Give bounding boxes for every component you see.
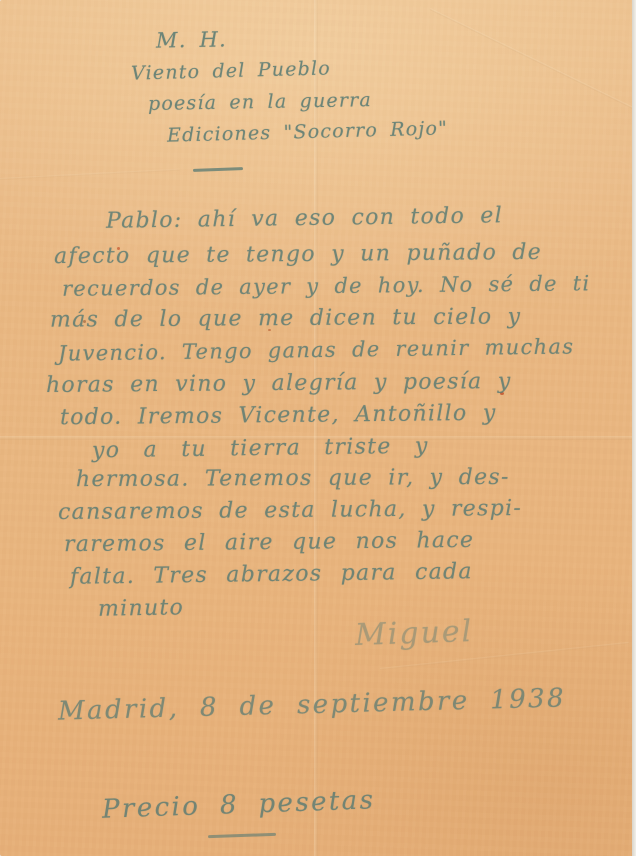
header-title: Viento del Pueblo (131, 57, 331, 84)
body-line: Pablo: ahí va eso con todo el (106, 203, 503, 234)
header-edition: Ediciones "Socorro Rojo" (167, 117, 449, 146)
body-line: falta. Tres abrazos para cada (70, 559, 473, 590)
body-line: más de lo que me dicen tu cielo y (50, 304, 522, 332)
body-line: minuto (98, 595, 185, 621)
letter-photo: M. H. Viento del Pueblo poesía en la gue… (0, 0, 636, 856)
body-line: Juvencio. Tengo ganas de reunir muchas (58, 334, 575, 365)
signature: Miguel (354, 614, 473, 653)
body-line: hermosa. Tenemos que ir, y des- (76, 465, 510, 492)
body-line: yo a tu tierra triste y (92, 434, 429, 464)
backdrop-edge (632, 0, 636, 856)
body-line: afecto que te tengo y un puñado de (54, 240, 542, 269)
body-line: raremos el aire que nos hace (64, 528, 475, 557)
dateline: Madrid, 8 de septiembre 1938 (58, 683, 567, 726)
crease-left (0, 169, 180, 180)
header-separator-dash (193, 167, 243, 172)
body-line: recuerdos de ayer y de hoy. No sé de ti (62, 271, 591, 301)
price-underline (208, 833, 276, 838)
body-line: cansaremos de esta lucha, y respi- (58, 496, 522, 525)
body-line: todo. Iremos Vicente, Antoñillo y (60, 401, 497, 431)
header-subtitle: poesía en la guerra (148, 89, 372, 115)
header-initials: M. H. (156, 27, 227, 52)
diagonal-crease-top-right (430, 8, 636, 111)
paper-sheet: M. H. Viento del Pueblo poesía en la gue… (0, 0, 632, 856)
price-note: Precio 8 pesetas (102, 785, 376, 825)
body-line: horas en vino y alegría y poesía y (46, 369, 512, 398)
